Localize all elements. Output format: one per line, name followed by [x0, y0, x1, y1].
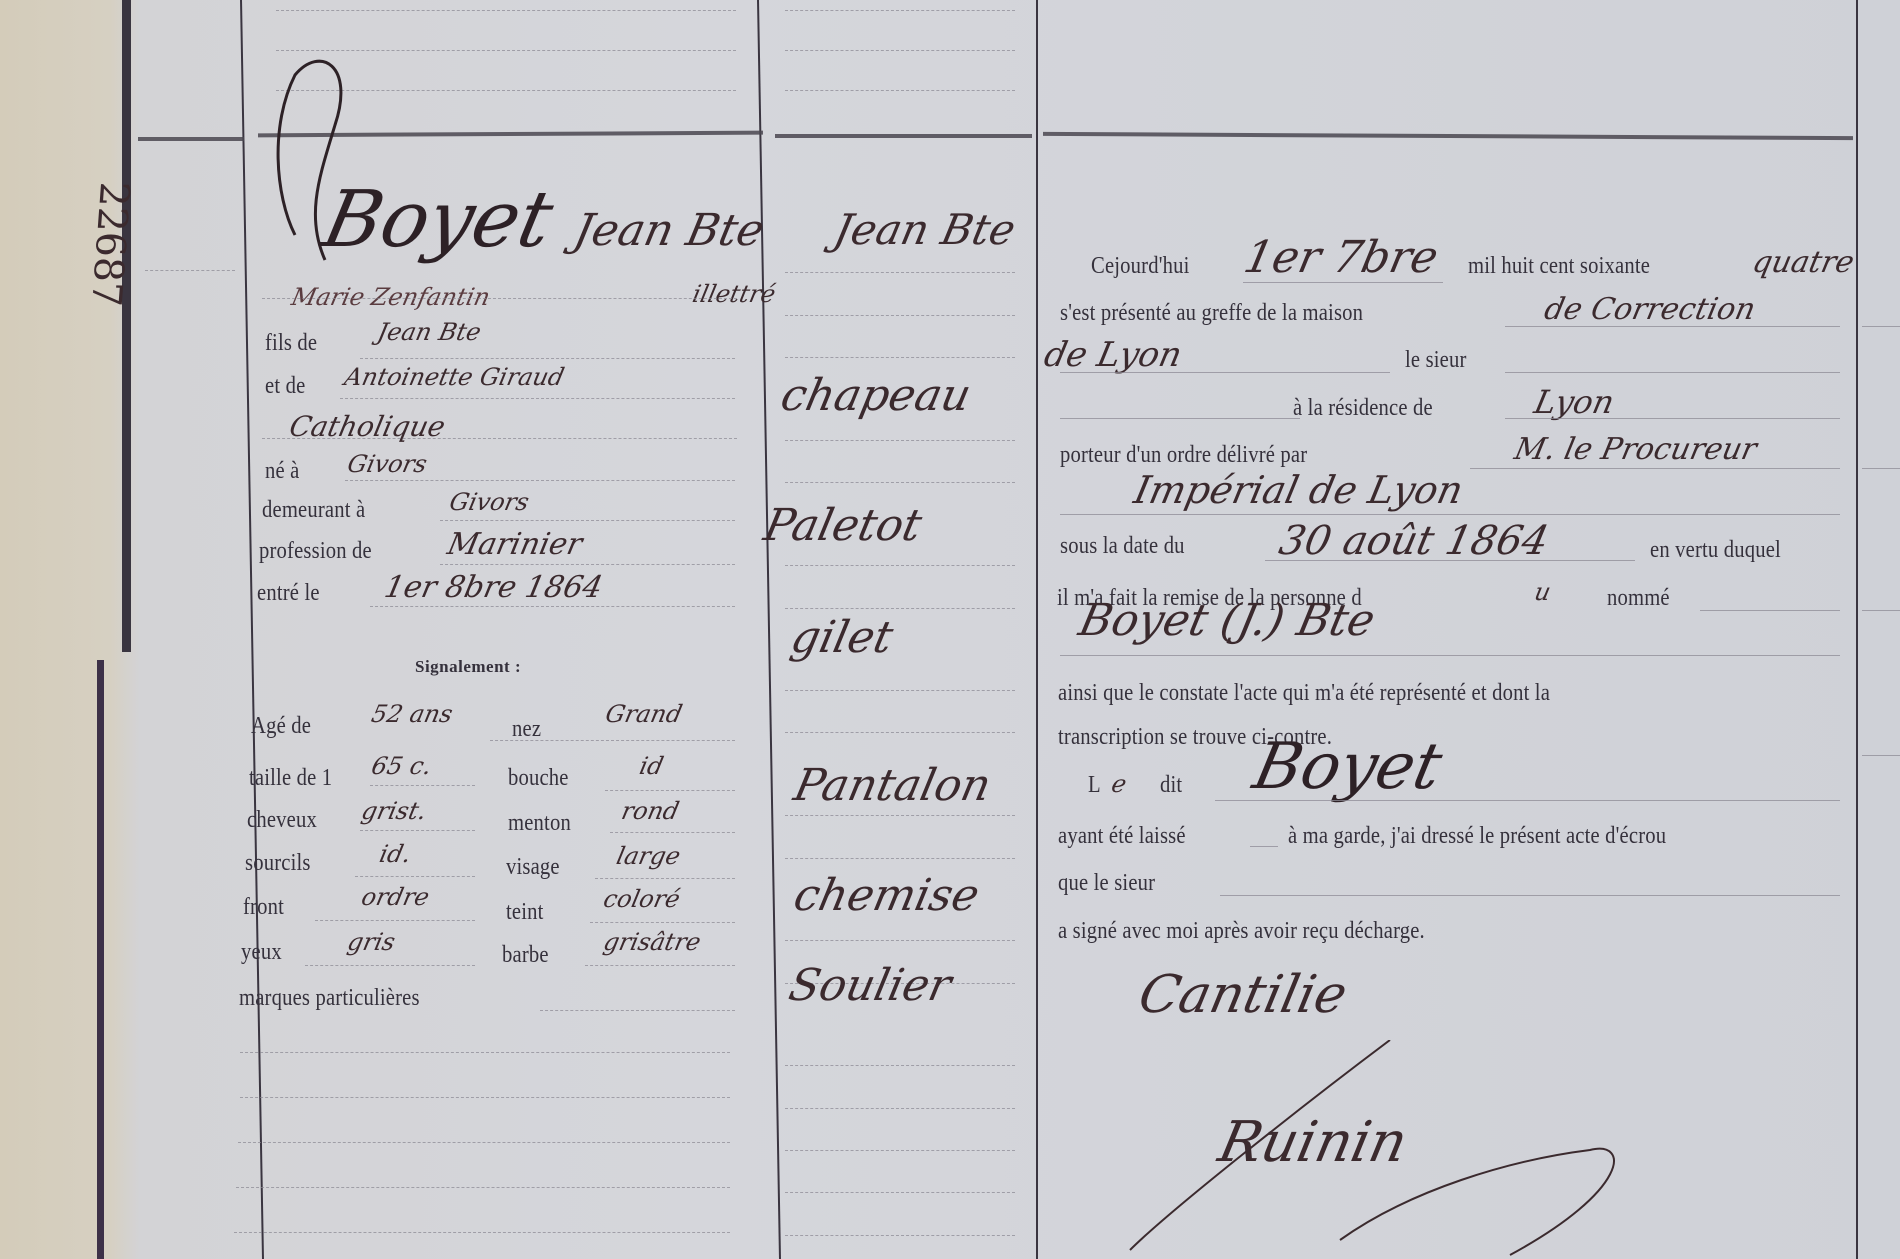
ruled-line [355, 876, 475, 877]
row-separator [138, 137, 244, 141]
ruled-line [785, 440, 1015, 441]
sig-value-sourcils: id. [377, 840, 414, 868]
acte-ordre-label: porteur d'un ordre délivré par [1060, 442, 1307, 469]
ruled-line [1862, 755, 1900, 756]
ruled-line [1862, 610, 1900, 611]
surname: Boyet [315, 175, 560, 265]
acte-que-sieur-label: que le sieur [1058, 870, 1155, 897]
acte-dit-label: dit [1160, 772, 1182, 799]
ruled-line [1060, 655, 1840, 656]
ruled-line [1060, 372, 1390, 373]
ruled-line [1700, 610, 1840, 611]
sig-value-age: 52 ans [369, 700, 455, 728]
ruled-line [785, 1150, 1015, 1151]
ruled-line [440, 564, 735, 565]
ruled-line [785, 315, 1015, 316]
ruled-line [1250, 846, 1278, 847]
acte-column-rule [1856, 0, 1858, 1259]
ruled-line [785, 858, 1015, 859]
effects-item-chapeau: chapeau [777, 370, 976, 421]
sig-value-visage: large [614, 842, 683, 870]
acte-le-label: L [1088, 772, 1101, 799]
effects-name: Jean Bte [830, 205, 1020, 254]
acte-ordre-value-2: Impérial de Lyon [1130, 468, 1467, 512]
acte-remise-suffix: u [1532, 578, 1553, 606]
ruled-line [785, 732, 1015, 733]
extra-names: Marie Zenfantin [289, 283, 493, 311]
ruled-line [145, 270, 235, 271]
ruled-line [1862, 468, 1900, 469]
ruled-line [1220, 895, 1840, 896]
ruled-line [1470, 468, 1840, 469]
ruled-line [1862, 326, 1900, 327]
thick-margin-rule-lower [97, 660, 104, 1259]
ruled-line [360, 358, 735, 359]
ruled-line [785, 940, 1015, 941]
ruled-line [1505, 326, 1840, 327]
ruled-line [262, 298, 737, 299]
acte-maison-value: de Correction [1541, 292, 1758, 327]
sig-label-yeux: yeux [241, 939, 282, 966]
father-label: fils de [265, 330, 317, 357]
sig-label-cheveux: cheveux [247, 807, 317, 834]
residence-label: demeurant à [262, 497, 365, 524]
ruled-line [240, 1052, 730, 1053]
effects-item-chemise: chemise [790, 870, 984, 921]
father-value: Jean Bte [375, 318, 484, 346]
ruled-line [1505, 372, 1840, 373]
ruled-line [1243, 282, 1443, 283]
acte-year-value: quatre [1749, 245, 1857, 280]
ruled-line [785, 815, 1015, 816]
acte-dit-value: Boyet [1247, 730, 1448, 804]
ruled-line [240, 1097, 730, 1098]
ruled-line [785, 1192, 1015, 1193]
acte-vertu-label: en vertu duquel [1650, 537, 1781, 564]
number-column-rule [240, 0, 264, 1259]
ruled-line [315, 920, 475, 921]
signature-1: Cantilie [1134, 965, 1353, 1025]
effects-item-pantalon: Pantalon [790, 760, 996, 811]
ruled-line [234, 1232, 730, 1233]
row-separator [1043, 132, 1853, 140]
effects-item-gilet: gilet [787, 612, 898, 663]
ruled-line [785, 50, 1015, 51]
sig-label-taille: taille de 1 [249, 765, 332, 792]
ruled-line [1505, 418, 1840, 419]
ruled-line [236, 1187, 730, 1188]
acte-nomme-value: Boyet (J.) Bte [1075, 595, 1380, 646]
ruled-line [605, 790, 735, 791]
acte-cejourdhui-label: Cejourd'hui [1091, 253, 1189, 280]
sig-value-front: ordre [359, 883, 432, 911]
ruled-line [785, 608, 1015, 609]
entered-value: 1er 8bre 1864 [381, 570, 605, 605]
signature-flourish [1110, 1040, 1670, 1259]
ruled-line [360, 830, 475, 831]
ruled-line [595, 878, 735, 879]
acte-date-label: sous la date du [1060, 533, 1185, 560]
acte-order-date-value: 30 août 1864 [1275, 518, 1553, 564]
ruled-line [540, 1010, 735, 1011]
acte-laisse-label: ayant été laissé [1058, 823, 1186, 850]
ruled-line [276, 10, 736, 11]
sig-value-bouche: id [637, 752, 666, 780]
ruled-line [305, 965, 475, 966]
mother-value: Antoinette Giraud [342, 363, 567, 391]
ruled-line [490, 740, 735, 741]
born-label: né à [265, 458, 299, 485]
sig-label-barbe: barbe [502, 942, 549, 969]
sig-label-visage: visage [506, 854, 560, 881]
ruled-line [585, 965, 735, 966]
acte-year-label: mil huit cent soixante [1468, 253, 1650, 280]
effects-item-soulier: Soulier [785, 960, 956, 1011]
ruled-line [340, 398, 735, 399]
profession-label: profession de [259, 538, 372, 565]
ruled-line [1060, 514, 1840, 515]
acte-le-suffix: e [1109, 770, 1129, 798]
row-separator [775, 134, 1032, 138]
literacy: illettré [690, 280, 778, 308]
acte-residence-value: Lyon [1531, 383, 1618, 421]
thick-margin-rule [122, 0, 131, 652]
sig-label-age: Agé de [251, 713, 311, 740]
sig-label-nez: nez [512, 716, 541, 743]
ruled-line [370, 606, 735, 607]
ruled-line [440, 520, 735, 521]
residence-value: Givors [447, 488, 532, 516]
mother-label: et de [265, 373, 305, 400]
ruled-line [785, 482, 1015, 483]
ruled-line [1215, 800, 1840, 801]
ruled-line [610, 832, 735, 833]
sig-label-bouche: bouche [508, 765, 569, 792]
acte-presente-label: s'est présenté au greffe de la maison [1060, 300, 1363, 327]
born-value: Givors [345, 450, 430, 478]
ruled-line [785, 10, 1015, 11]
ruled-line [785, 565, 1015, 566]
ruled-line [262, 438, 737, 439]
ruled-line [1060, 418, 1300, 419]
sig-label-sourcils: sourcils [245, 850, 311, 877]
sig-label-marques: marques particulières [239, 985, 420, 1012]
acte-ainsi-text: ainsi que le constate l'acte qui m'a été… [1058, 680, 1550, 707]
ruled-line [238, 1142, 730, 1143]
sig-value-barbe: grisâtre [601, 928, 703, 956]
register-page: 22687 Boyet Jean Bte Marie Zenfantin ill… [0, 0, 1900, 1259]
acte-nomme-label: nommé [1607, 585, 1670, 612]
given-names: Jean Bte [570, 205, 769, 256]
ruled-line [785, 1235, 1015, 1236]
ruled-line [785, 357, 1015, 358]
sig-label-teint: teint [506, 899, 544, 926]
ruled-line [785, 1108, 1015, 1109]
ruled-line [785, 272, 1015, 273]
acte-sieur-label: le sieur [1405, 347, 1467, 374]
ruled-line [345, 480, 735, 481]
entered-label: entré le [257, 580, 320, 607]
ruled-line [785, 690, 1015, 691]
identity-column-rule [757, 0, 781, 1259]
acte-signe-text: a signé avec moi après avoir reçu déchar… [1058, 918, 1425, 945]
effects-column-rule [1036, 0, 1038, 1259]
profession-value: Marinier [444, 527, 585, 562]
ruled-line [590, 922, 735, 923]
sig-value-nez: Grand [603, 700, 685, 728]
ruled-line [1265, 560, 1635, 561]
acte-maison-value-2: de Lyon [1041, 335, 1186, 375]
sig-label-front: front [243, 894, 284, 921]
sig-value-menton: rond [619, 797, 682, 825]
sig-value-cheveux: grist. [359, 797, 429, 825]
ruled-line [370, 785, 475, 786]
entry-number: 22687 [82, 178, 138, 311]
acte-date-value: 1er 7bre [1240, 232, 1443, 283]
sig-label-menton: menton [508, 810, 571, 837]
acte-garde-text: à ma garde, j'ai dressé le présent acte … [1288, 823, 1666, 850]
ruled-line [785, 1065, 1015, 1066]
ruled-line [785, 90, 1015, 91]
acte-ordre-value: M. le Procureur [1511, 432, 1760, 467]
signalement-heading: Signalement : [415, 657, 521, 677]
sig-value-teint: coloré [601, 885, 683, 913]
sig-value-taille: 65 c. [369, 752, 434, 780]
sig-value-yeux: gris [345, 928, 398, 956]
acte-residence-label: à la résidence de [1293, 395, 1433, 422]
effects-item-paletot: Paletot [760, 500, 927, 551]
